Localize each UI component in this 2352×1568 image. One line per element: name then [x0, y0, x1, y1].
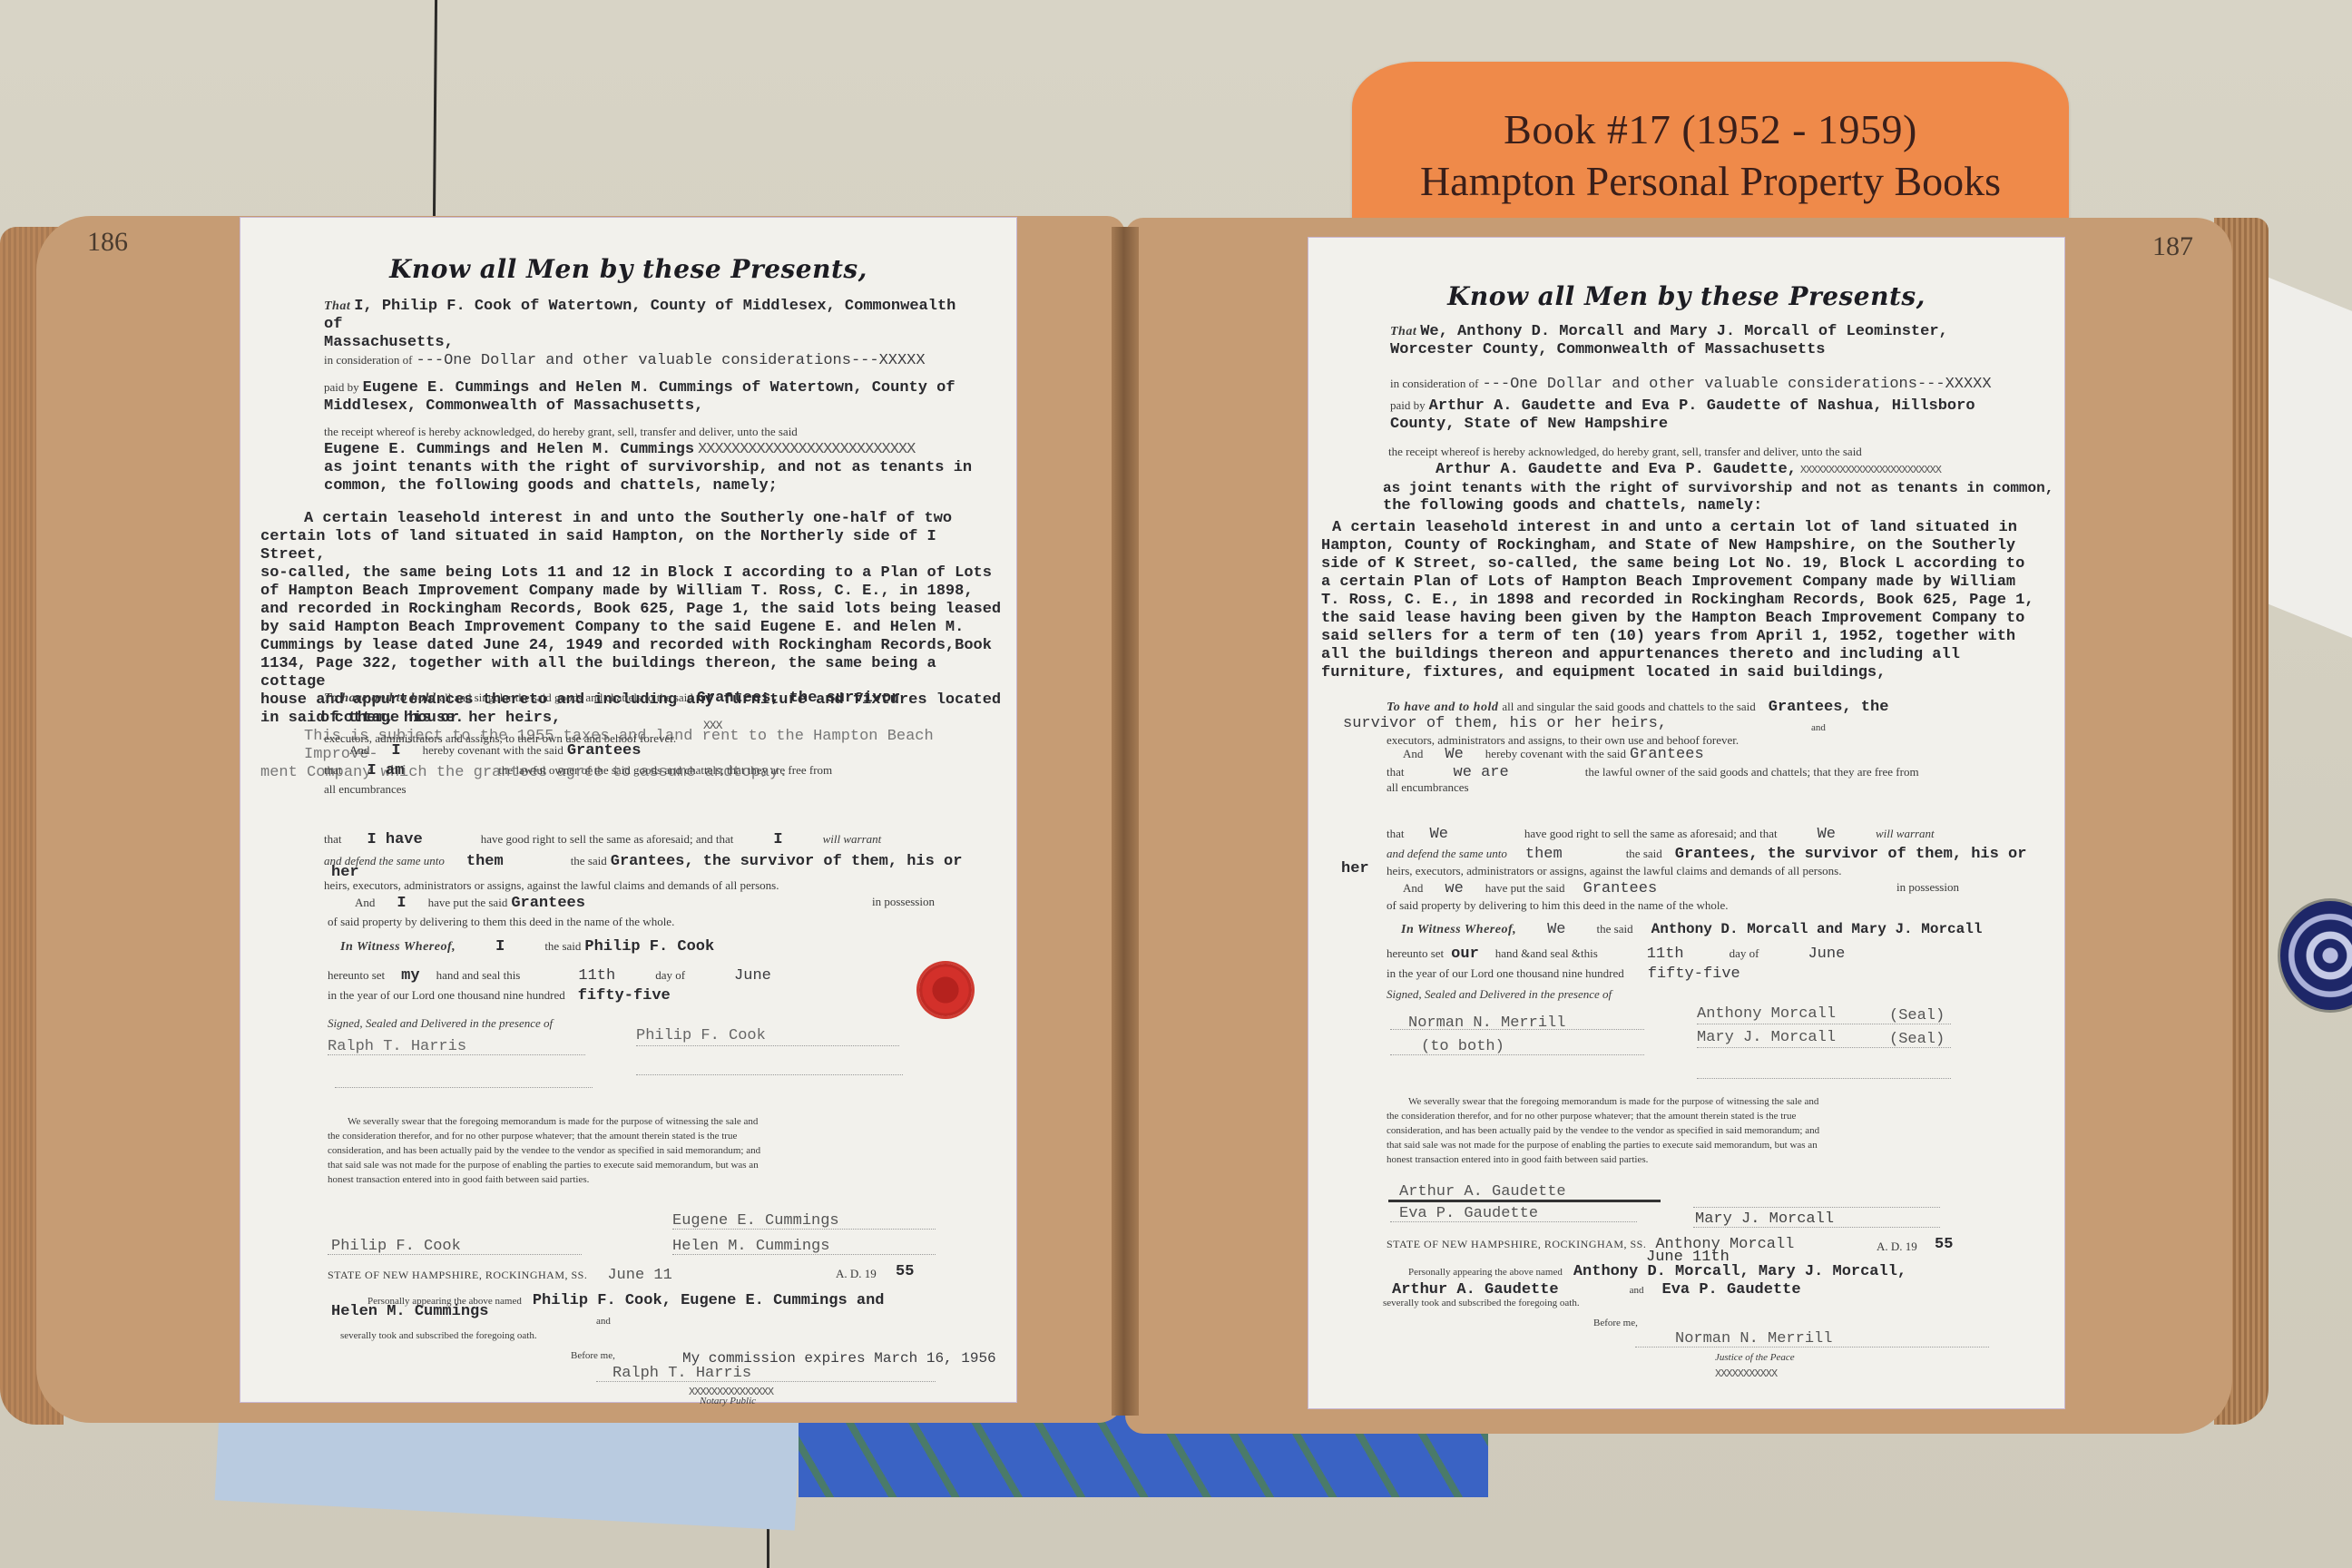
hand-seal: hand &and seal &this	[1495, 946, 1598, 960]
delivering-clause: of said property by delivering to them t…	[328, 915, 674, 929]
hereunto: hereunto set	[1387, 946, 1444, 960]
oath-line: the consideration therefor, and for no o…	[1387, 1109, 2040, 1123]
that-label: that	[1387, 765, 1405, 779]
officer-strikeout: XXXXXXXXXXX	[1715, 1365, 1777, 1383]
possession-label: in possession	[872, 895, 935, 909]
signature-line	[1697, 1078, 1951, 1079]
witness-signature: Norman N. Merrill	[1408, 1014, 1565, 1033]
right-who: I have	[367, 831, 423, 848]
subscribed: severally took and subscribed the forego…	[340, 1330, 537, 1341]
book-label-subtitle: Hampton Personal Property Books	[1352, 157, 2069, 205]
witness-who: I	[495, 938, 505, 955]
before-me: Before me,	[571, 1350, 615, 1361]
consideration-label: in consideration of	[324, 353, 412, 367]
ad-year: 55	[1935, 1236, 1953, 1254]
book-label-tab: Book #17 (1952 - 1959) Hampton Personal …	[1352, 62, 2069, 243]
witness-name: Anthony D. Morcall and Mary J. Morcall	[1651, 921, 1983, 937]
oath-signature: Mary J. Morcall	[1695, 1210, 1834, 1229]
grantor-prefix: That	[1390, 325, 1416, 338]
year-label: in the year of our Lord one thousand nin…	[328, 988, 565, 1002]
appearing-names-cont: Arthur A. Gaudette	[1392, 1281, 1559, 1298]
signature-line	[1693, 1207, 1940, 1208]
signature-line	[636, 1045, 899, 1046]
description-line: furniture, fixtures, and equipment locat…	[1321, 664, 2047, 682]
grantees: Eugene E. Cummings and Helen M. Cummings	[324, 441, 694, 458]
owner-text: the lawful owner of the said goods and c…	[498, 763, 832, 777]
encumbrances: all encumbrances	[1387, 780, 1469, 795]
habendum-grantees-cont: of them, his or her heirs,	[320, 710, 561, 728]
oath-line: consideration, and has been actually pai…	[328, 1143, 981, 1158]
signature-line	[1635, 1347, 1989, 1347]
description-line: Cummings by lease dated June 24, 1949 an…	[260, 637, 1004, 655]
officer-title: Notary Public	[700, 1396, 756, 1406]
joint-tenancy-cont: the following goods and chattels, namely…	[1383, 497, 1762, 514]
description-line: certain lots of land situated in said Ha…	[260, 528, 1004, 564]
paid-by: Eugene E. Cummings and Helen M. Cummings…	[363, 379, 955, 397]
covenant-grantees: Grantees	[1630, 746, 1704, 763]
signature-underline	[1388, 1200, 1661, 1202]
signature-line	[596, 1381, 936, 1382]
oath-signature: Helen M. Cummings	[672, 1238, 829, 1256]
description-line: A certain leasehold interest in and unto…	[1321, 519, 2047, 537]
consideration: ---One Dollar and other valuable conside…	[416, 352, 925, 369]
signature-line	[1390, 1029, 1644, 1030]
description-line: of Hampton Beach Improvement Company mad…	[260, 583, 1004, 601]
signature-line	[1693, 1227, 1940, 1228]
joint-tenancy: as joint tenants with the right of survi…	[1383, 480, 2053, 496]
that-label: that	[324, 832, 342, 846]
paid-by-cont: County, State of New Hampshire	[1390, 416, 1668, 433]
that-label: that	[1387, 827, 1405, 840]
hand-seal: hand and seal this	[436, 968, 521, 982]
description-line: T. Ross, C. E., in 1898 and recorded in …	[1321, 592, 2047, 610]
defend-said: the said	[571, 854, 607, 867]
grantor: We, Anthony D. Morcall and Mary J. Morca…	[1420, 323, 1948, 340]
encumbrances: all encumbrances	[324, 782, 407, 797]
appearing-names: Philip F. Cook, Eugene E. Cummings and	[533, 1292, 885, 1309]
joint-tenancy: as joint tenants with the right of survi…	[324, 459, 972, 476]
before-me: Before me,	[1593, 1318, 1638, 1328]
commission-expiry: My commission expires March 16, 1956	[682, 1349, 996, 1367]
right-text: have good right to sell the same as afor…	[1524, 827, 1778, 840]
hand-who: my	[401, 967, 419, 985]
state-label: STATE OF NEW HAMPSHIRE, ROCKINGHAM, SS.	[328, 1269, 587, 1281]
habendum-label: To have and to hold	[324, 691, 436, 705]
signed-label: Signed, Sealed and Delivered in the pres…	[328, 1016, 553, 1030]
signature-line	[672, 1254, 936, 1255]
heirs-clause: heirs, executors, administrators or assi…	[324, 878, 779, 893]
oath-signature: Eva P. Gaudette	[1399, 1205, 1538, 1223]
defend-who: them	[466, 853, 504, 870]
owner-who: I am	[367, 762, 405, 779]
deed-title: Know all Men by these Presents,	[1308, 281, 2064, 311]
officer-title: Justice of the Peace	[1715, 1352, 1795, 1363]
year: fifty-five	[1648, 965, 1740, 983]
owner-who: we are	[1454, 764, 1509, 781]
grantees-strikeout: XXXXXXXXXXXXXXXXXXXXXXXXXX	[698, 441, 915, 458]
oath-line: honest transaction entered into in good …	[328, 1172, 981, 1187]
habendum-grantees: Grantees, the survivor	[697, 690, 900, 707]
officer-signature: Ralph T. Harris	[612, 1365, 751, 1383]
state-label: STATE OF NEW HAMPSHIRE, ROCKINGHAM, SS.	[1387, 1238, 1646, 1250]
appearing-names: Anthony D. Morcall, Mary J. Morcall,	[1573, 1263, 1906, 1280]
signature-line	[335, 1087, 593, 1088]
hereunto: hereunto set	[328, 968, 385, 982]
oath-signature: Arthur A. Gaudette	[1399, 1183, 1566, 1201]
state-date: June 11	[607, 1267, 671, 1284]
appearing-names-cont: Helen M. Cummings	[331, 1303, 488, 1321]
possession-grantees: Grantees	[511, 895, 585, 912]
day: 11th	[578, 967, 615, 985]
deed-title: Know all Men by these Presents,	[240, 254, 1016, 284]
habendum-grantees-cont: survivor of them, his or her heirs,	[1343, 715, 1667, 733]
ad-year: 55	[896, 1263, 914, 1281]
description-line: by said Hampton Beach Improvement Compan…	[260, 619, 1004, 637]
witness-signature: Ralph T. Harris	[328, 1038, 466, 1056]
delivering-clause: of said property by delivering to him th…	[1387, 898, 1729, 913]
covenant-and: And	[349, 743, 369, 757]
witness-who: We	[1547, 921, 1565, 938]
possession-text: have put the said	[428, 896, 508, 909]
page-number-right: 187	[2152, 231, 2193, 262]
witness-label: In Witness Whereof,	[340, 940, 456, 954]
wax-seal	[919, 964, 972, 1016]
signature-line	[328, 1254, 582, 1255]
possession-and: And	[355, 896, 375, 909]
appearing-label: Personally appearing the above named	[1408, 1267, 1563, 1278]
possession-label: in possession	[1896, 880, 1959, 895]
hand-who: our	[1451, 946, 1479, 963]
day-of: day of	[1730, 946, 1759, 960]
grantor-signature: Philip F. Cook	[636, 1027, 766, 1045]
month: June	[734, 967, 771, 985]
table-seam	[433, 0, 437, 218]
grantor-signature: Anthony Morcall	[1697, 1005, 1836, 1024]
signature-line	[672, 1229, 936, 1230]
description-line: the said lease having been given by the …	[1321, 610, 2047, 628]
habendum-label: To have and to hold	[1387, 701, 1498, 714]
oath-line: We severally swear that the foregoing me…	[1387, 1094, 2040, 1109]
signature-line	[1390, 1054, 1644, 1055]
signature-line	[1697, 1024, 1951, 1024]
witness-said: the said	[1597, 922, 1633, 936]
appearing-names-last: Eva P. Gaudette	[1662, 1281, 1801, 1298]
covenant-who: We	[1445, 746, 1463, 763]
grantor-cont: Worcester County, Commonwealth of Massac…	[1390, 341, 1825, 358]
consideration: ---One Dollar and other valuable conside…	[1482, 376, 1991, 393]
that-label: that	[324, 763, 342, 777]
book-spine	[1112, 227, 1139, 1416]
defend-grantees: Grantees, the survivor of them, his or	[611, 853, 963, 870]
possession-text: have put the said	[1485, 881, 1565, 895]
book-label-title: Book #17 (1952 - 1959)	[1352, 105, 2069, 153]
ad-label: A. D. 19	[1877, 1240, 1917, 1254]
possession-who: we	[1445, 880, 1463, 897]
bill-of-sale-left: Know all Men by these Presents, That I, …	[240, 218, 1016, 1402]
covenant-text: hereby covenant with the said	[1485, 747, 1626, 760]
joint-tenancy-cont: common, the following goods and chattels…	[324, 477, 778, 495]
subscribed: severally took and subscribed the forego…	[1383, 1298, 1580, 1308]
bill-of-sale-right: Know all Men by these Presents, That We,…	[1308, 238, 2064, 1408]
seal-label: (Seal)	[1889, 1007, 1945, 1025]
witness-name: Philip F. Cook	[584, 938, 714, 955]
defend-grantees: Grantees, the survivor of them, his or	[1675, 846, 2027, 863]
receipt-clause: the receipt whereof is hereby acknowledg…	[1388, 445, 2060, 459]
defend-her: her	[1341, 860, 1369, 878]
warrant-text: will warrant	[1876, 827, 1935, 840]
habendum-strikeout: XXX	[703, 717, 721, 735]
warrant-text: will warrant	[823, 832, 882, 846]
appearing-and: and	[596, 1316, 611, 1327]
receipt-clause: the receipt whereof is hereby acknowledg…	[324, 425, 995, 439]
warrant-who: I	[773, 831, 782, 848]
witness-label: In Witness Whereof,	[1401, 923, 1516, 936]
description-line: Hampton, County of Rockingham, and State…	[1321, 537, 2047, 555]
paid-by-label: paid by	[324, 380, 359, 394]
right-who: We	[1430, 826, 1448, 843]
witness-said: the said	[544, 939, 581, 953]
day-of: day of	[655, 968, 685, 982]
description-line: and recorded in Rockingham Records, Book…	[260, 601, 1004, 619]
oath-line: that said sale was not made for the purp…	[328, 1158, 981, 1172]
consideration-label: in consideration of	[1390, 377, 1478, 390]
defend-said: the said	[1626, 847, 1662, 860]
signature-line	[636, 1074, 903, 1075]
description-line: 1134, Page 322, together with all the bu…	[260, 655, 1004, 691]
signature-line	[328, 1054, 585, 1055]
habendum-text: all and singular the said goods and chat…	[439, 691, 692, 704]
grantor-cont: Massachusetts,	[324, 334, 454, 351]
patterned-blue-disc	[2278, 898, 2352, 1013]
habendum-and: and	[1811, 722, 1826, 733]
month: June	[1808, 946, 1845, 963]
covenant-who: I	[391, 742, 400, 759]
paid-by-label: paid by	[1390, 398, 1426, 412]
signature-line	[1390, 1221, 1637, 1222]
oath-paragraph: We severally swear that the foregoing me…	[328, 1114, 981, 1187]
possession-who: I	[397, 895, 406, 912]
covenant-grantees: Grantees	[567, 742, 642, 759]
possession-and: And	[1403, 881, 1423, 895]
warrant-who: We	[1818, 826, 1836, 843]
habendum-text: all and singular the said goods and chat…	[1502, 700, 1755, 713]
covenant-and: And	[1403, 747, 1423, 760]
year: fifty-five	[578, 987, 671, 1004]
witness-note: (to both)	[1421, 1038, 1504, 1056]
appearing-and: and	[1630, 1285, 1644, 1296]
habendum-grantees: Grantees, the	[1769, 699, 1889, 716]
day: 11th	[1647, 946, 1684, 963]
oath-line: the consideration therefor, and for no o…	[328, 1129, 981, 1143]
possession-grantees: Grantees	[1583, 880, 1658, 897]
description-line: A certain leasehold interest in and unto…	[260, 510, 1004, 528]
oath-line: that said sale was not made for the purp…	[1387, 1138, 2040, 1152]
defend-text: and defend the same unto	[1387, 847, 1507, 860]
description-line: all the buildings thereon and appurtenan…	[1321, 646, 2047, 664]
oath-signature: Eugene E. Cummings	[672, 1212, 839, 1230]
description-line: a certain Plan of Lots of Hampton Beach …	[1321, 573, 2047, 592]
ad-label: A. D. 19	[836, 1267, 877, 1281]
property-description: A certain leasehold interest in and unto…	[1321, 519, 2047, 682]
grantees-strikeout: XXXXXXXXXXXXXXXXXXXXXXXXX	[1800, 464, 1941, 476]
paid-by: Arthur A. Gaudette and Eva P. Gaudette o…	[1429, 397, 1975, 415]
covenant-text: hereby covenant with the said	[423, 743, 563, 757]
owner-text: the lawful owner of the said goods and c…	[1585, 765, 1919, 779]
oath-signature: Philip F. Cook	[331, 1238, 461, 1256]
defend-who: them	[1525, 846, 1563, 863]
description-line: side of K Street, so-called, the same be…	[1321, 555, 2047, 573]
heirs-clause: heirs, executors, administrators or assi…	[1387, 864, 1841, 878]
paid-by-cont: Middlesex, Commonwealth of Massachusetts…	[324, 397, 703, 415]
grantor: I, Philip F. Cook of Watertown, County o…	[324, 298, 955, 333]
oath-line: honest transaction entered into in good …	[1387, 1152, 2040, 1167]
grantor-prefix: That	[324, 299, 350, 313]
oath-line: consideration, and has been actually pai…	[1387, 1123, 2040, 1138]
seal-label: (Seal)	[1889, 1031, 1945, 1049]
oath-paragraph: We severally swear that the foregoing me…	[1387, 1094, 2040, 1167]
right-text: have good right to sell the same as afor…	[481, 832, 734, 846]
grantees: Arthur A. Gaudette and Eva P. Gaudette,	[1383, 461, 1797, 478]
description-line: said sellers for a term of ten (10) year…	[1321, 628, 2047, 646]
page-number-left: 186	[87, 227, 128, 258]
signed-label: Signed, Sealed and Delivered in the pres…	[1387, 987, 1612, 1001]
signature-line	[1697, 1047, 1951, 1048]
grantor-signature: Mary J. Morcall	[1697, 1029, 1836, 1047]
year-label: in the year of our Lord one thousand nin…	[1387, 966, 1624, 980]
oath-line: We severally swear that the foregoing me…	[328, 1114, 981, 1129]
description-line: so-called, the same being Lots 11 and 12…	[260, 564, 1004, 583]
officer-signature: Norman N. Merrill	[1675, 1330, 1832, 1348]
